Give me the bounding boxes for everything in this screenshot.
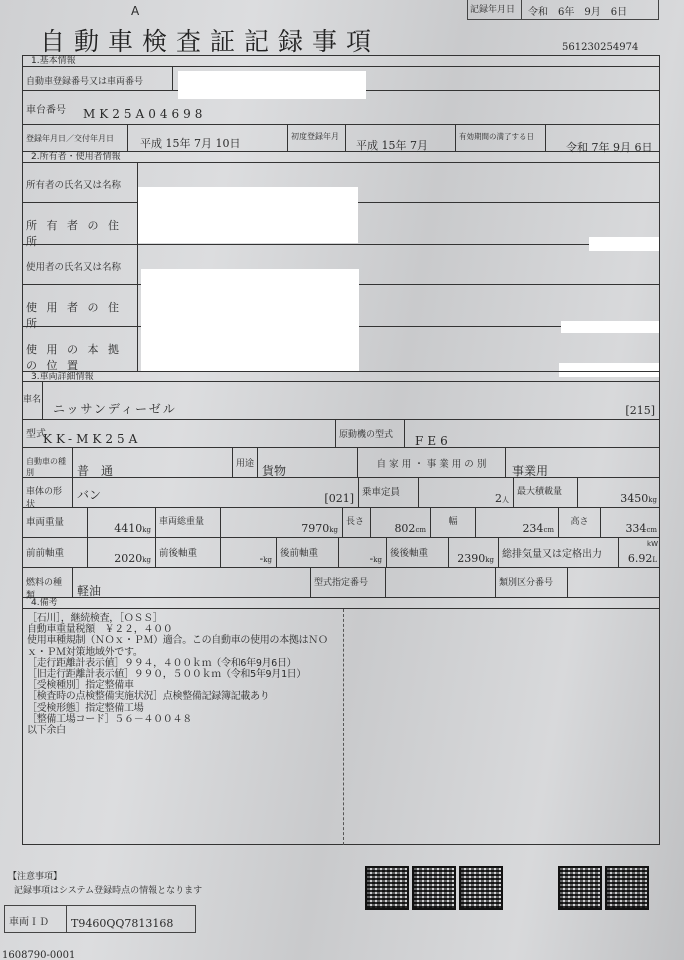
notes-line: ［検査時の点検整備実施状況］点検整備記録簿記載あり <box>27 691 343 702</box>
notes-line: ［旧走行距離計表示値］９９０，５００ｋｍ（令和5年9月1日） <box>27 669 343 680</box>
max-load-value: 3450kg <box>620 492 657 505</box>
qr-code-icon <box>558 866 602 910</box>
length-label: 長さ <box>343 508 371 537</box>
length-cell: 802cm <box>371 508 431 537</box>
private-business-value: 事業用 <box>506 448 661 477</box>
height-number: 334 <box>625 522 646 535</box>
notes-text: ［石川］，継続検査，［ＯＳＳ］自動車重量税額 ￥２２，４００使用車種規制（ＮＯｘ… <box>27 613 343 736</box>
vehicle-id-box: 車両ＩＤ T9460QQ7813168 <box>4 905 196 933</box>
width-number: 234 <box>522 522 543 535</box>
fuel-label: 燃料の種類 <box>23 568 73 597</box>
record-date-value: 令和 6年 9月 6日 <box>522 0 633 19</box>
user-code-redacted <box>561 321 659 333</box>
record-date-box: 記録年月日 令和 6年 9月 6日 <box>467 0 659 20</box>
vehicle-name-label: 車名 <box>23 382 43 419</box>
rr-axle-number: 2390 <box>457 552 485 565</box>
capacity-cell: 2人 <box>419 478 514 507</box>
gross-weight-value: 7970kg <box>301 522 338 535</box>
purpose-label: 用途 <box>233 448 258 477</box>
qr-code-icon <box>412 866 456 910</box>
record-date-month: 9月 <box>584 3 600 15</box>
height-cell: 334cm <box>601 508 661 537</box>
body-shape-cell: バン [021] <box>73 478 359 507</box>
max-load-cell: 3450kg <box>578 478 661 507</box>
notes-line: 以下余白 <box>27 725 343 736</box>
gross-weight-cell: 7970kg <box>221 508 343 537</box>
body-shape-label: 車体の形状 <box>23 478 73 507</box>
record-frame: 1.基本情報 自動車登録番号又は車両番号 車台番号 MK25A04698 登録年… <box>22 55 660 845</box>
vehicle-weight-unit: kg <box>142 526 151 534</box>
gross-weight-unit: kg <box>329 526 338 534</box>
width-unit: cm <box>543 526 554 534</box>
vehicle-id-label: 車両ＩＤ <box>5 906 67 932</box>
vehicle-name-code: [215] <box>625 404 655 417</box>
width-value: 234cm <box>522 522 554 535</box>
capacity-number: 2 <box>495 492 502 505</box>
engine-model-value: FE6 <box>415 434 452 448</box>
chassis-value: MK25A04698 <box>83 107 206 121</box>
vehicle-id-value: T9460QQ7813168 <box>67 906 177 932</box>
qr-code-icon <box>605 866 649 910</box>
vehicle-name-row: 車名 ニッサンディーゼル [215] <box>23 382 659 420</box>
rr-axle-value: 2390kg <box>457 552 494 565</box>
ff-axle-unit: kg <box>142 556 151 564</box>
record-date-era: 令和 <box>528 3 548 15</box>
caution-text: 記録事項はシステム登録時点の情報となります <box>14 883 202 896</box>
vehicle-weight-cell: 4410kg <box>88 508 156 537</box>
length-value: 802cm <box>394 522 426 535</box>
category-label: 自動車の種別 <box>23 448 73 477</box>
record-date-day: 6日 <box>611 3 627 15</box>
dates-row: 登録年月日／交付年月日 平成 15年 7月 10日 初度登録年月 平成 15年 … <box>23 125 659 152</box>
footer-code: 1608790-0001 <box>2 950 75 960</box>
notes-line: ｘ・ＰＭ対策地域外です。 <box>27 647 343 658</box>
category-row: 自動車の種別 普 通 用途 貨物 自 家 用 ・ 事 業 用 の 別 事業用 <box>23 448 659 478</box>
rf-axle-value: -kg <box>370 552 382 565</box>
owner-address-label: 所 有 者 の 住 所 <box>23 203 138 244</box>
section-1-heading: 1.基本情報 <box>23 56 659 67</box>
first-reg-value: 平成 15年 7月 <box>346 125 456 151</box>
reg-number-label: 自動車登録番号又は車両番号 <box>23 67 173 90</box>
private-business-label: 自 家 用 ・ 事 業 用 の 別 <box>358 448 506 477</box>
document-title: 自動車検査証記録事項 <box>40 22 380 58</box>
section-2-heading: 2.所有者・使用者情報 <box>23 152 659 163</box>
capacity-value: 2人 <box>495 492 509 505</box>
category-number-label: 類別区分番号 <box>496 568 568 597</box>
displacement-number: 6.92 <box>628 552 653 565</box>
max-load-unit: kg <box>648 496 657 504</box>
user-name-label: 使用者の氏名又は名称 <box>23 245 138 284</box>
height-label: 高さ <box>559 508 601 537</box>
vehicle-name-value: ニッサンディーゼル <box>53 400 177 417</box>
rr-axle-cell: 2390kg <box>449 538 499 567</box>
notes-divider <box>343 609 344 845</box>
model-value: KK-MK25A <box>43 432 141 446</box>
document-number: 561230254974 <box>562 42 638 53</box>
reg-number-row: 自動車登録番号又は車両番号 <box>23 67 659 91</box>
length-number: 802 <box>394 522 415 535</box>
category-number-value <box>568 568 661 597</box>
section-4-heading: 4.備考 <box>23 598 659 609</box>
expiry-value: 令和 7年 9月 6日 <box>546 125 661 151</box>
user-redacted <box>141 269 359 371</box>
displacement-unit: L <box>652 556 657 564</box>
rr-axle-label: 後後軸重 <box>387 538 449 567</box>
owner-redacted <box>138 187 358 243</box>
notes-line: ［走行距離計表示値］９９４，４００ｋｍ（令和6年9月6日） <box>27 658 343 669</box>
model-row: 型式 KK-MK25A 原動機の型式 FE6 <box>23 420 659 448</box>
fuel-value: 軽油 <box>73 568 311 597</box>
owner-name-label: 所有者の氏名又は名称 <box>23 163 138 202</box>
fuel-row: 燃料の種類 軽油 型式指定番号 類別区分番号 <box>23 568 659 598</box>
reg-date-label: 登録年月日／交付年月日 <box>23 125 128 151</box>
caution-title: 【注意事項】 <box>8 869 62 882</box>
ff-axle-cell: 2020kg <box>88 538 156 567</box>
qr-code-icon <box>459 866 503 910</box>
notes-area: ［石川］，継続検査，［ＯＳＳ］自動車重量税額 ￥２２，４００使用車種規制（ＮＯｘ… <box>23 609 659 845</box>
record-date-label: 記録年月日 <box>468 0 522 19</box>
fr-axle-value: -kg <box>260 552 272 565</box>
notes-line: ［整備工場コード］５６－４００４８ <box>27 714 343 725</box>
ff-axle-label: 前前軸重 <box>23 538 88 567</box>
form-letter: A <box>131 4 139 18</box>
fr-axle-cell: -kg <box>221 538 277 567</box>
width-cell: 234cm <box>476 508 559 537</box>
expiry-label: 有効期間の満了する日 <box>456 125 546 151</box>
record-date-year: 6年 <box>558 3 574 15</box>
max-load-number: 3450 <box>620 492 648 505</box>
section-3-heading: 3.車両詳細情報 <box>23 371 659 382</box>
type-designation-value <box>386 568 496 597</box>
vehicle-weight-number: 4410 <box>114 522 142 535</box>
vehicle-weight-value: 4410kg <box>114 522 151 535</box>
purpose-value: 貨物 <box>258 448 358 477</box>
user-address-label: 使 用 者 の 住 所 <box>23 285 138 326</box>
body-shape-code: [021] <box>324 492 354 505</box>
height-value: 334cm <box>625 522 657 535</box>
reg-date-value: 平成 15年 7月 10日 <box>128 125 288 151</box>
displacement-label: 総排気量又は定格出力 <box>499 538 619 567</box>
category-value: 普 通 <box>73 448 233 477</box>
chassis-row: 車台番号 MK25A04698 <box>23 91 659 125</box>
qr-code-icon <box>365 866 409 910</box>
rf-axle-label: 後前軸重 <box>277 538 339 567</box>
weight-dimensions-row: 車両重量 4410kg 車両総重量 7970kg 長さ 802cm 幅 234c… <box>23 508 659 538</box>
rr-axle-unit: kg <box>485 556 494 564</box>
ff-axle-value: 2020kg <box>114 552 151 565</box>
chassis-label: 車台番号 <box>23 91 83 124</box>
notes-line: ［受検形態］指定整備工場 <box>27 703 343 714</box>
width-label: 幅 <box>431 508 476 537</box>
body-shape-value: バン <box>77 486 101 503</box>
notes-line: 使用車種規制（ＮＯｘ・ＰＭ）適合。この自動車の使用の本拠はＮＯ <box>27 635 343 646</box>
displacement-value: 6.92L <box>628 552 657 565</box>
height-unit: cm <box>646 526 657 534</box>
max-load-label: 最大積載量 <box>514 478 578 507</box>
axle-row: 前前軸重 2020kg 前後軸重 -kg 後前軸重 -kg 後後軸重 2390k… <box>23 538 659 568</box>
engine-model-label: 原動機の型式 <box>335 420 405 447</box>
notes-line: ［石川］，継続検査，［ＯＳＳ］ <box>27 613 343 624</box>
first-reg-label: 初度登録年月 <box>288 125 346 151</box>
notes-line: 自動車重量税額 ￥２２，４００ <box>27 624 343 635</box>
owner-code-redacted <box>589 237 659 251</box>
rf-axle-cell: -kg <box>339 538 387 567</box>
type-designation-label: 型式指定番号 <box>311 568 386 597</box>
ff-axle-number: 2020 <box>114 552 142 565</box>
base-location-label: 使 用 の 本 拠 の 位 置 <box>23 327 138 371</box>
capacity-label: 乗車定員 <box>359 478 419 507</box>
fr-axle-label: 前後軸重 <box>156 538 221 567</box>
notes-line: ［受検種別］指定整備車 <box>27 680 343 691</box>
rf-axle-unit: kg <box>373 556 382 564</box>
capacity-unit: 人 <box>502 496 509 504</box>
vehicle-weight-label: 車両重量 <box>23 508 88 537</box>
gross-weight-number: 7970 <box>301 522 329 535</box>
body-row: 車体の形状 バン [021] 乗車定員 2人 最大積載量 3450kg <box>23 478 659 508</box>
gross-weight-label: 車両総重量 <box>156 508 221 537</box>
fr-axle-unit: kg <box>263 556 272 564</box>
displacement-cell: kW 6.92L <box>619 538 661 567</box>
length-unit: cm <box>415 526 426 534</box>
displacement-unit-top: kW <box>647 540 658 548</box>
